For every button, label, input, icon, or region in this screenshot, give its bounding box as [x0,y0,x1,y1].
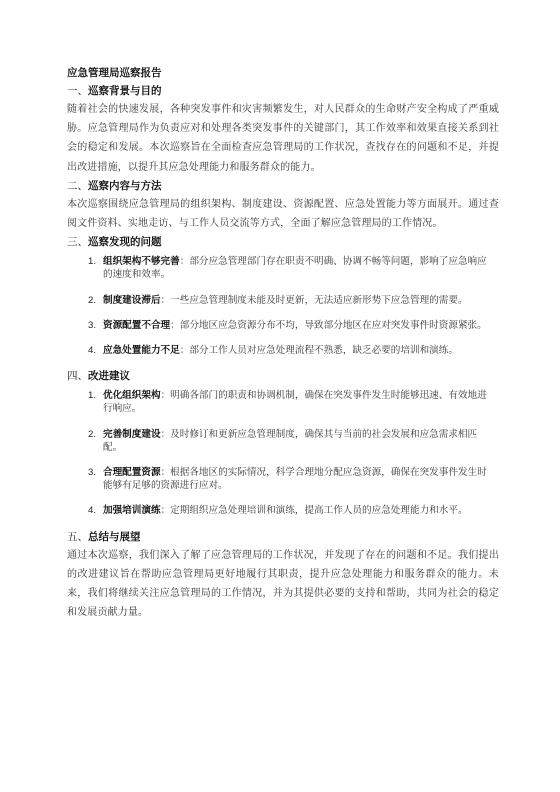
list-item: 3.资源配置不合理：部分地区应急资源分布不均，导致部分地区在应对突发事件时资源紧… [67,319,499,332]
item-text: ：部分工作人员对应急处理流程不熟悉，缺乏必要的培训和演练。 [180,345,458,356]
list-marker: 4. [88,344,96,357]
item-text: ：部分地区应急资源分布不均，导致部分地区在应对突发事件时资源紧张。 [170,320,487,331]
list-marker: 2. [88,294,96,307]
section-heading-summary: 五、总结与展望 [67,528,499,546]
item-lead: 加强培训演练 [103,505,161,516]
list-item: 2.完善制度建设：及时修订和更新应急管理制度，确保其与当前的社会发展和应急需求相… [67,428,499,454]
list-marker: 4. [88,504,96,517]
section-heading-suggestions: 四、改进建议 [67,367,499,385]
item-text: ：定期组织应急处理培训和演练，提高工作人员的应急处理能力和水平。 [161,505,468,516]
section-number: 四、 [67,370,88,382]
list-marker: 3. [88,466,96,479]
section-title: 巡察内容与方法 [88,180,162,192]
section-body-methods: 本次巡察围绕应急管理局的组织架构、制度建设、资源配置、应急处置能力等方面展开。通… [67,195,499,233]
list-marker: 1. [88,255,96,268]
list-item: 4.加强培训演练：定期组织应急处理培训和演练，提高工作人员的应急处理能力和水平。 [67,504,499,517]
section-body-summary: 通过本次巡察，我们深入了解了应急管理局的工作状况，并发现了存在的问题和不足。我们… [67,546,499,623]
section-title: 巡察背景与目的 [88,85,162,97]
item-lead: 资源配置不合理 [103,320,170,331]
section-number: 三、 [67,236,88,248]
list-marker: 3. [88,319,96,332]
list-item: 3.合理配置资源：根据各地区的实际情况，科学合理地分配应急资源，确保在突发事件发… [67,466,499,492]
section-heading-methods: 二、巡察内容与方法 [67,177,499,195]
problems-list: 1.组织架构不够完善：部分应急管理部门存在职责不明确、协调不畅等问题，影响了应急… [67,255,499,357]
section-number: 二、 [67,180,88,192]
list-item: 2.制度建设滞后：一些应急管理制度未能及时更新，无法适应新形势下应急管理的需要。 [67,294,499,307]
item-text: ：根据各地区的实际情况，科学合理地分配应急资源，确保在突发事件发生时能够有足够的… [103,467,487,491]
list-marker: 2. [88,428,96,441]
item-lead: 完善制度建设 [103,429,161,440]
section-number: 五、 [67,531,88,543]
item-lead: 合理配置资源 [103,467,161,478]
item-lead: 应急处置能力不足 [103,345,180,356]
document-page: 应急管理局巡察报告 一、巡察背景与目的 随着社会的快速发展，各种突发事件和灾害频… [67,64,499,622]
list-marker: 1. [88,389,96,402]
item-text: ：一些应急管理制度未能及时更新，无法适应新形势下应急管理的需要。 [161,295,468,306]
item-lead: 制度建设滞后 [103,295,161,306]
item-text: ：明确各部门的职责和协调机制，确保在突发事件发生时能够迅速、有效地进行响应。 [103,390,487,414]
section-number: 一、 [67,85,88,97]
list-item: 1.组织架构不够完善：部分应急管理部门存在职责不明确、协调不畅等问题，影响了应急… [67,255,499,281]
section-heading-problems: 三、巡察发现的问题 [67,233,499,251]
item-lead: 组织架构不够完善 [103,256,180,267]
list-item: 4.应急处置能力不足：部分工作人员对应急处理流程不熟悉，缺乏必要的培训和演练。 [67,344,499,357]
section-title: 总结与展望 [88,531,141,543]
suggestions-list: 1.优化组织架构：明确各部门的职责和协调机制，确保在突发事件发生时能够迅速、有效… [67,389,499,517]
section-body-background: 随着社会的快速发展，各种突发事件和灾害频繁发生，对人民群众的生命财产安全构成了严… [67,100,499,177]
section-title: 改进建议 [88,370,130,382]
document-title: 应急管理局巡察报告 [67,64,499,82]
section-heading-background: 一、巡察背景与目的 [67,82,499,100]
section-title: 巡察发现的问题 [88,236,162,248]
list-item: 1.优化组织架构：明确各部门的职责和协调机制，确保在突发事件发生时能够迅速、有效… [67,389,499,415]
item-lead: 优化组织架构 [103,390,161,401]
